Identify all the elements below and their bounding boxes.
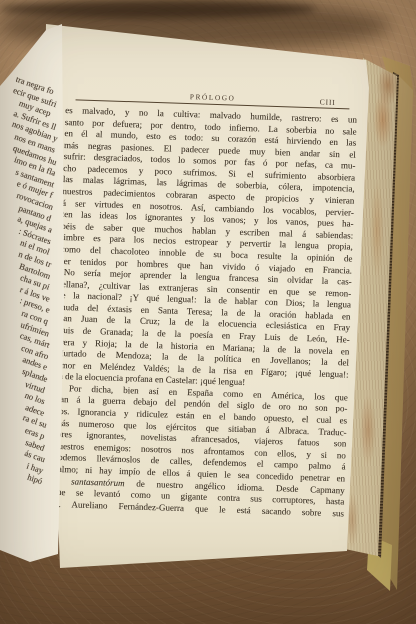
- page-text: es malvado, y no la cultiva: malvado hum…: [52, 105, 357, 520]
- book-shadow-inner: [0, 0, 316, 18]
- text-block: PRÓLOGO CIII es malvado, y no la cultiva…: [52, 86, 358, 520]
- book-photo: PRÓLOGO CIII es malvado, y no la cultiva…: [0, 0, 416, 624]
- page-number: CIII: [320, 97, 336, 107]
- prologue-title: PRÓLOGO: [76, 88, 350, 106]
